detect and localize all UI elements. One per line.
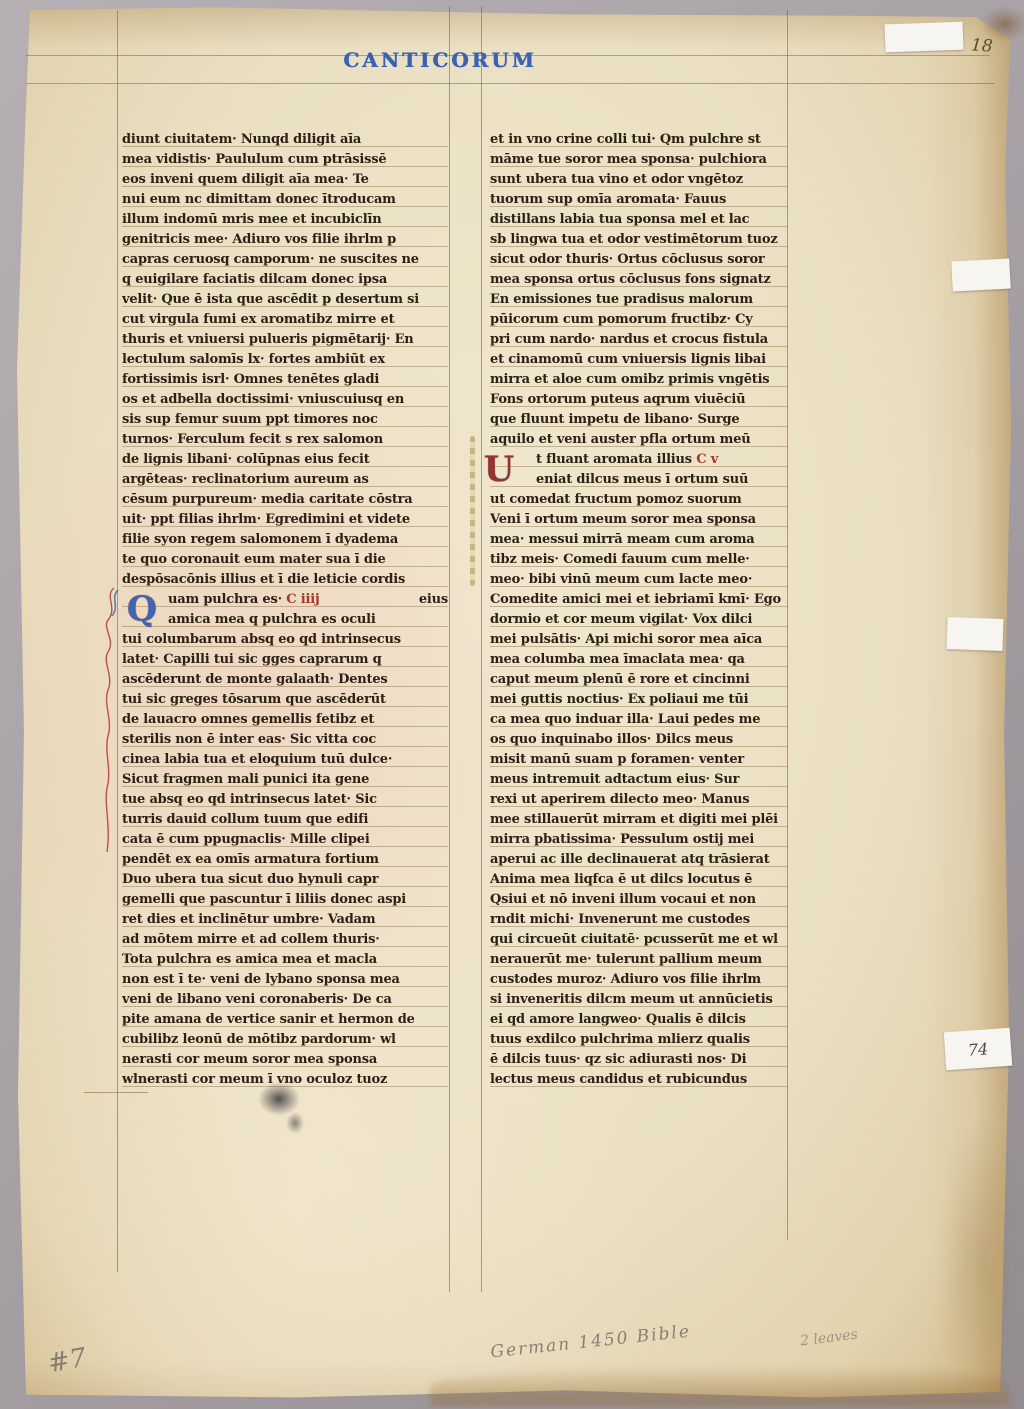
text-line: turris dauid collum tuum que edifi: [122, 810, 448, 830]
text-line: ca mea quo induar illa· Laui pedes me: [490, 710, 788, 730]
text-line: t fluant aromata illius C v: [490, 450, 788, 470]
text-line: cēsum purpureum· media caritate cōstra: [122, 490, 448, 510]
text-line: eiusuam pulchra es· C iiij: [122, 590, 448, 610]
text-line: filie syon regem salomonem ī dyadema: [122, 530, 448, 550]
text-line: misit manū suam p foramen· venter: [490, 750, 788, 770]
text-line: mea· messui mirrā meam cum aroma: [490, 530, 788, 550]
text-line: En emissiones tue pradisus malorum: [490, 290, 788, 310]
folio-number-ink: 18: [970, 35, 993, 56]
text-line: genitricis mee· Adiuro vos filie ihrlm p: [122, 230, 448, 250]
text-line: tuorum sup omīa aromata· Fauus: [490, 190, 788, 210]
text-line: custodes muroz· Adiuro vos filie ihrlm: [490, 970, 788, 990]
text-line: mea columba mea īmaclata mea· qa: [490, 650, 788, 670]
text-line: ē dilcis tuus· qz sic adiurasti nos· Di: [490, 1050, 788, 1070]
text-line: mea vidistis· Paululum cum ptrāsissē: [122, 150, 448, 170]
text-line: mee stillauerūt mirram et digiti mei plē…: [490, 810, 788, 830]
text-line: te quo coronauit eum mater sua ī die: [122, 550, 448, 570]
text-line: nerauerūt me· tulerunt pallium meum: [490, 950, 788, 970]
text-line: que fluunt impetu de libano· Surge: [490, 410, 788, 430]
text-line: mirra et aloe cum omibz primis vngētis: [490, 370, 788, 390]
text-line: ret dies et inclinētur umbre· Vadam: [122, 910, 448, 930]
text-line: cubilibz leonū de mōtibz pardorum· wl: [122, 1030, 448, 1050]
text-line: tui sic greges tōsarum que ascēderūt: [122, 690, 448, 710]
text-line: turnos· Ferculum fecit s rex salomon: [122, 430, 448, 450]
text-line: tibz meis· Comedi fauum cum melle·: [490, 550, 788, 570]
text-line: sicut odor thuris· Ortus cōclusus soror: [490, 250, 788, 270]
text-line: tuus exdilco pulchrima mlierz qualis: [490, 1030, 788, 1050]
text-line: Qsiui et nō inveni illum vocaui et non: [490, 890, 788, 910]
text-line: cata ē cum ppugnaclis· Mille clipei: [122, 830, 448, 850]
text-line: cinea labia tua et eloquium tuū dulce·: [122, 750, 448, 770]
text-line: pite amana de vertice sanir et hermon de: [122, 1010, 448, 1030]
text-line: distillans labia tua sponsa mel et lac: [490, 210, 788, 230]
tape-top-right: [885, 22, 964, 53]
tape-right-middle: [946, 617, 1003, 651]
text-line: mirra pbatissima· Pessulum ostij mei: [490, 830, 788, 850]
chapter-rubric: C v: [696, 452, 718, 467]
text-line: diunt ciuitatem· Nunqd diligit aīa: [122, 130, 448, 150]
text-line: et cinamomū cum vniuersis lignis libai: [490, 350, 788, 370]
text-line: si inveneritis dilcm meum ut annūcietis: [490, 990, 788, 1010]
text-line: os quo inquinabo illos· Dilcs meus: [490, 730, 788, 750]
drop-cap-initial-u: U: [478, 451, 520, 489]
text-line: eniat dilcus meus ī ortum suū: [490, 470, 788, 490]
ruling-vertical-gutter-left: [449, 6, 450, 1292]
text-line: ei qd amore langweo· Qualis ē dilcis: [490, 1010, 788, 1030]
text-line: tue absq eo qd intrinsecus latet· Sic: [122, 790, 448, 810]
text-line: qui circueūt ciuitatē· pcusserūt me et w…: [490, 930, 788, 950]
text-line: sterilis non ē inter eas· Sic vitta coc: [122, 730, 448, 750]
gutter-ornament: [470, 436, 475, 586]
ruling-vertical-gutter-right: [481, 6, 482, 1292]
text-line: non est ī te· veni de lybano sponsa mea: [122, 970, 448, 990]
text-line: uit· ppt filias ihrlm· Egredimini et vid…: [122, 510, 448, 530]
text-line: os et adbella doctissimi· vniuscuiusq en: [122, 390, 448, 410]
sticker-number: 74: [967, 1039, 989, 1059]
text-line: latet· Capilli tui sic gges caprarum q: [122, 650, 448, 670]
text-line: cut virgula fumi ex aromatibz mirre et: [122, 310, 448, 330]
text-line: Veni ī ortum meum soror mea sponsa: [490, 510, 788, 530]
text-line: mea sponsa ortus cōclusus fons signatz: [490, 270, 788, 290]
text-line: gemelli que pascuntur ī liliis donec asp…: [122, 890, 448, 910]
ink-blot-small: [286, 1112, 304, 1134]
text-line: caput meum plenū ē rore et cincinni: [490, 670, 788, 690]
drop-cap-initial-q: Q: [120, 591, 164, 629]
text-line: Fons ortorum puteus aqrum viuēciū: [490, 390, 788, 410]
text-line: sis sup femur suum ppt timores noc: [122, 410, 448, 430]
text-line: aperui ac ille declinauerat atq trāsiera…: [490, 850, 788, 870]
text-line: tui columbarum absq eo qd intrinsecus: [122, 630, 448, 650]
text-line: capras ceruosq camporum· ne suscites ne: [122, 250, 448, 270]
text-column-left: diunt ciuitatem· Nunqd diligit aīamea vi…: [122, 130, 448, 1090]
chapter-rubric: C iiij: [286, 592, 319, 607]
text-line: sunt ubera tua vino et odor vngētoz: [490, 170, 788, 190]
text-line: de lauacro omnes gemellis fetibz et: [122, 710, 448, 730]
text-line: meo· bibi vinū meum cum lacte meo·: [490, 570, 788, 590]
text-line: illum indomū mris mee et incubiclīn: [122, 210, 448, 230]
text-line: sb lingwa tua et odor vestimētorum tuoz: [490, 230, 788, 250]
text-line: ad mōtem mirre et ad collem thuris·: [122, 930, 448, 950]
text-line: Sicut fragmen mali punici ita gene: [122, 770, 448, 790]
bottom-stain: [430, 1368, 1010, 1406]
text-line: fortissimis isrl· Omnes tenētes gladi: [122, 370, 448, 390]
text-line: amica mea q pulchra es oculi: [122, 610, 448, 630]
text-line: nerasti cor meum soror mea sponsa: [122, 1050, 448, 1070]
text-line: q euigilare faciatis dilcam donec ipsa: [122, 270, 448, 290]
text-line: ut comedat fructum pomoz suorum: [490, 490, 788, 510]
text-column-right: et in vno crine colli tui· Qm pulchre st…: [490, 130, 788, 1090]
penwork-flourish: [100, 586, 122, 856]
ruling-horizontal-bottom-stub: [84, 1092, 148, 1093]
text-line: argēteas· reclinatorium aureum as: [122, 470, 448, 490]
text-line: thuris et vniuersi pulueris pigmētarij· …: [122, 330, 448, 350]
text-line: pri cum nardo· nardus et crocus fistula: [490, 330, 788, 350]
text-line: de lignis libani· colūpnas eius fecit: [122, 450, 448, 470]
line-text: uam pulchra es·: [168, 592, 286, 607]
text-line: rndit michi· Invenerunt me custodes: [490, 910, 788, 930]
text-line: veni de libano veni coronaberis· De ca: [122, 990, 448, 1010]
text-line: despōsacōnis illius et ī die leticie cor…: [122, 570, 448, 590]
ruling-horizontal-top-2: [26, 83, 995, 84]
text-line: meus intremuit adtactum eius· Sur: [490, 770, 788, 790]
text-line: nui eum nc dimittam donec ītroducam: [122, 190, 448, 210]
text-line: rexi ut aperirem dilecto meo· Manus: [490, 790, 788, 810]
text-line: pendēt ex ea omīs armatura fortium: [122, 850, 448, 870]
text-line: lectulum salomīs lx· fortes ambiūt ex: [122, 350, 448, 370]
text-line: lectus meus candidus et rubicundus: [490, 1070, 788, 1090]
text-line: pūicorum cum pomorum fructibz· Cy: [490, 310, 788, 330]
text-line: ascēderunt de monte galaath· Dentes: [122, 670, 448, 690]
text-line: eos inveni quem diligit aīa mea· Te: [122, 170, 448, 190]
text-line: aquilo et veni auster pfla ortum meū: [490, 430, 788, 450]
text-line: et in vno crine colli tui· Qm pulchre st: [490, 130, 788, 150]
text-line: Tota pulchra es amica mea et macla: [122, 950, 448, 970]
text-line: velit· Que ē ista que ascēdit p desertum…: [122, 290, 448, 310]
text-line: Anima mea liqfca ē ut dilcs locutus ē: [490, 870, 788, 890]
text-line: mei pulsātis· Api michi soror mea aīca: [490, 630, 788, 650]
line-text: t fluant aromata illius: [536, 452, 696, 467]
line-overflow-word: eius: [419, 590, 448, 610]
text-line: Comedite amici mei et iebriamī kmī· Ego: [490, 590, 788, 610]
text-line: Duo ubera tua sicut duo hynuli capr: [122, 870, 448, 890]
running-title: CANTICORUM: [330, 48, 550, 72]
sticker-label-74: 74: [944, 1028, 1012, 1071]
text-line: māme tue soror mea sponsa· pulchiora: [490, 150, 788, 170]
tape-right-upper: [951, 259, 1010, 292]
text-line: mei guttis noctius· Ex poliaui me tūi: [490, 690, 788, 710]
text-line: dormio et cor meum vigilat· Vox dilci: [490, 610, 788, 630]
edge-stain: [940, 1120, 1020, 1409]
